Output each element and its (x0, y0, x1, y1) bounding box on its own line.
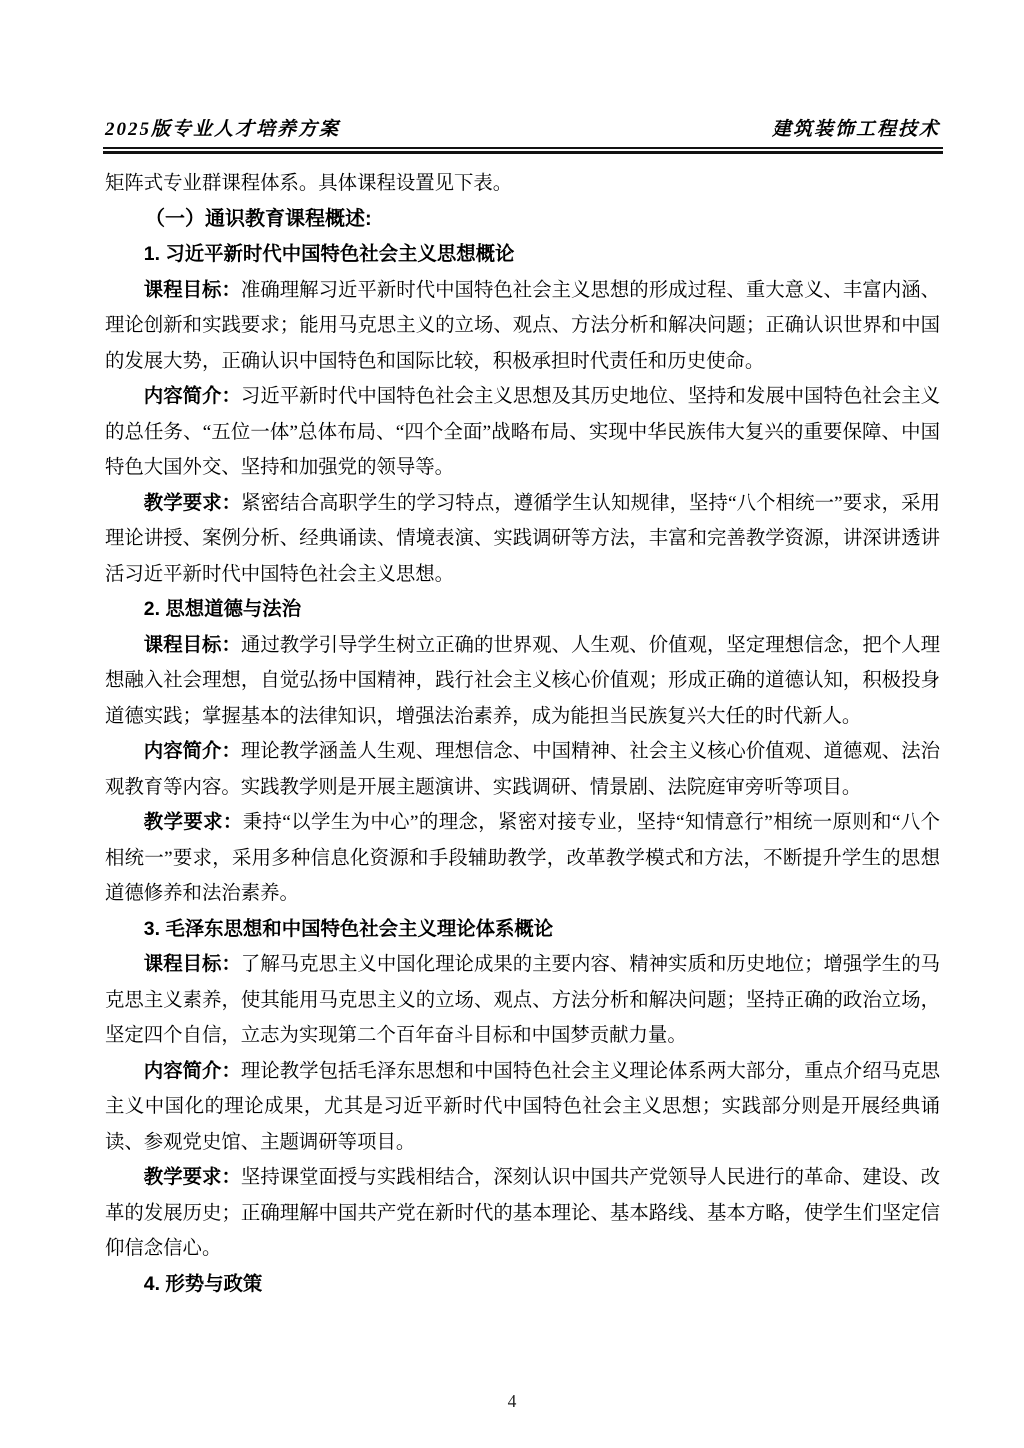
paragraph-label: 教学要求： (144, 1166, 241, 1188)
paragraph-course3-content: 内容简介：理论教学包括毛泽东思想和中国特色社会主义理论体系两大部分，重点介绍马克… (105, 1054, 940, 1161)
paragraph-label: 教学要求： (144, 492, 241, 514)
header-left-title: 2025版专业人才培养方案 (105, 114, 340, 141)
page-footer: 4 (0, 1391, 1024, 1412)
paragraph-continuation: 矩阵式专业群课程体系。具体课程设置见下表。 (105, 166, 940, 202)
header-rule-thick-line (103, 151, 943, 154)
paragraph-label: 内容简介： (144, 385, 241, 407)
paragraph-course2-content: 内容简介：理论教学涵盖人生观、理想信念、中国精神、社会主义核心价值观、道德观、法… (105, 734, 940, 805)
header-double-rule (103, 147, 943, 154)
course-heading-3: 3. 毛泽东思想和中国特色社会主义理论体系概论 (105, 912, 940, 948)
page-number: 4 (508, 1391, 517, 1411)
document-body: 矩阵式专业群课程体系。具体课程设置见下表。 （一）通识教育课程概述: 1. 习近… (105, 166, 940, 1302)
paragraph-label: 教学要求： (144, 811, 243, 833)
paragraph-course1-objectives: 课程目标：准确理解习近平新时代中国特色社会主义思想的形成过程、重大意义、丰富内涵… (105, 273, 940, 380)
paragraph-label: 内容简介： (144, 740, 241, 762)
paragraph-label: 内容简介： (144, 1060, 241, 1082)
document-page: 2025版专业人才培养方案 建筑装饰工程技术 矩阵式专业群课程体系。具体课程设置… (0, 0, 1024, 1448)
course-heading-2: 2. 思想道德与法治 (105, 592, 940, 628)
paragraph-course2-objectives: 课程目标：通过教学引导学生树立正确的世界观、人生观、价值观，坚定理想信念，把个人… (105, 628, 940, 735)
paragraph-course2-requirements: 教学要求：秉持“以学生为中心”的理念，紧密对接专业，坚持“知情意行”相统一原则和… (105, 805, 940, 912)
section-heading-general-education: （一）通识教育课程概述: (105, 202, 940, 238)
header-rule-thin-line (103, 147, 943, 149)
paragraph-label: 课程目标： (144, 634, 241, 656)
page-header: 2025版专业人才培养方案 建筑装饰工程技术 (105, 114, 940, 141)
course-heading-1: 1. 习近平新时代中国特色社会主义思想概论 (105, 237, 940, 273)
paragraph-course3-requirements: 教学要求：坚持课堂面授与实践相结合，深刻认识中国共产党领导人民进行的革命、建设、… (105, 1160, 940, 1267)
paragraph-course3-objectives: 课程目标：了解马克思主义中国化理论成果的主要内容、精神实质和历史地位；增强学生的… (105, 947, 940, 1054)
paragraph-course1-content: 内容简介：习近平新时代中国特色社会主义思想及其历史地位、坚持和发展中国特色社会主… (105, 379, 940, 486)
paragraph-label: 课程目标： (144, 953, 241, 975)
header-right-title: 建筑装饰工程技术 (772, 114, 940, 141)
paragraph-label: 课程目标： (144, 279, 241, 301)
paragraph-course1-requirements: 教学要求：紧密结合高职学生的学习特点，遵循学生认知规律，坚持“八个相统一”要求，… (105, 486, 940, 593)
course-heading-4: 4. 形势与政策 (105, 1267, 940, 1303)
